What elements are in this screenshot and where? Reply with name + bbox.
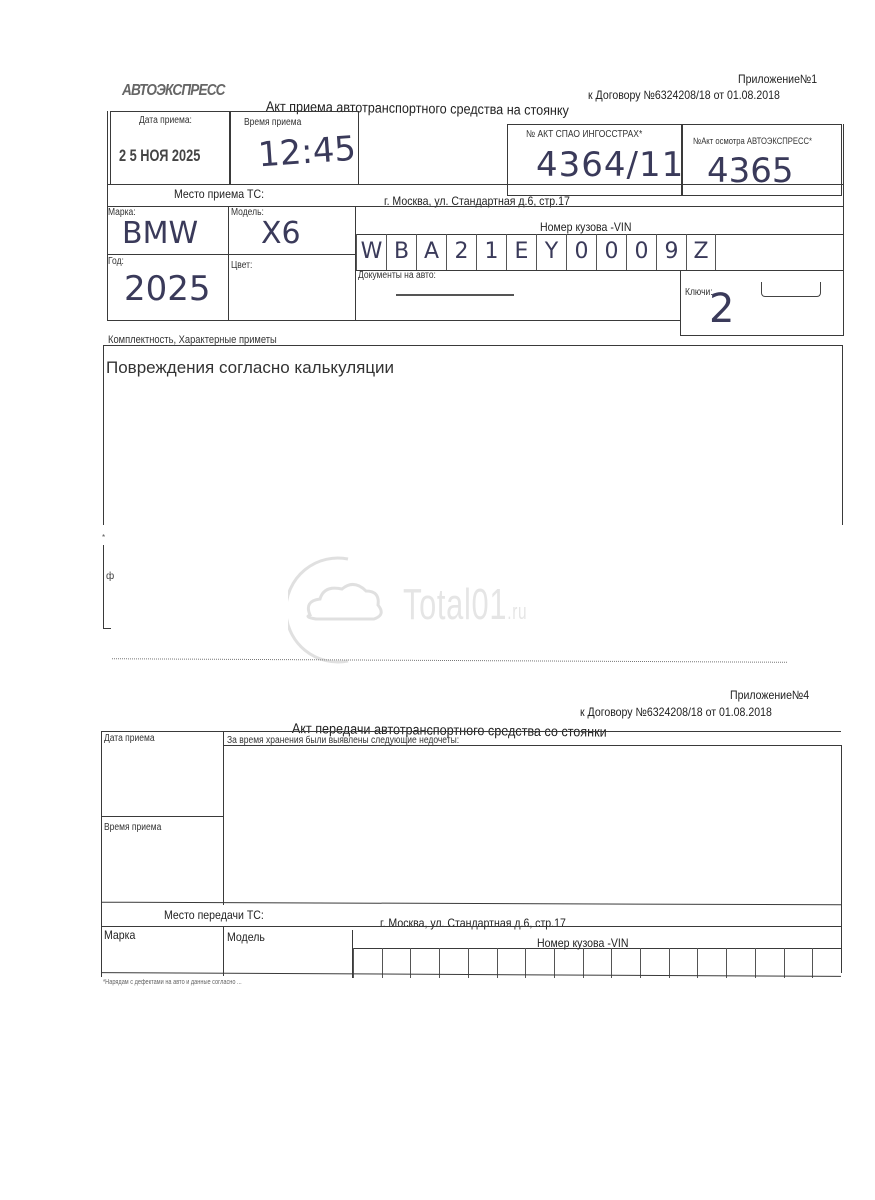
time-label: Время приема bbox=[244, 117, 301, 128]
appendix-label: Приложение№1 bbox=[738, 72, 817, 86]
act-autoexpress-label: №Акт осмотра АВТОЭКСПРЕСС* bbox=[693, 136, 812, 146]
model-value: X6 bbox=[261, 216, 301, 251]
vin-label: Номер кузова -VIN bbox=[540, 220, 631, 234]
vin-char-cell: W bbox=[356, 234, 386, 270]
vin-empty-cell bbox=[726, 948, 755, 978]
contract-reference: к Договору №6324208/18 от 01.08.2018 bbox=[588, 88, 780, 102]
model-label: Модель: bbox=[231, 207, 264, 218]
documents-cell: Документы на авто: bbox=[356, 270, 680, 320]
vin-empty-cell bbox=[583, 948, 612, 978]
vin-char-cell: 2 bbox=[446, 234, 476, 270]
date-label: Дата приема: bbox=[139, 115, 192, 126]
vin-char-cell: 9 bbox=[656, 234, 686, 270]
vin-grid: WBA21EY0009Z bbox=[356, 234, 843, 270]
watermark-text: Total01.ru bbox=[403, 580, 527, 630]
keys-bracket bbox=[761, 282, 821, 297]
vin-char-cell: 0 bbox=[626, 234, 656, 270]
handover-footnote: *Нарядам с дефектами на авто и данные со… bbox=[103, 979, 242, 986]
vin-empty-cell bbox=[697, 948, 726, 978]
documents-value-dash bbox=[396, 294, 514, 296]
act-ingos-label: № АКТ СПАО ИНГОССТРАХ* bbox=[526, 129, 642, 140]
vin-empty-cell bbox=[784, 948, 813, 978]
color-cell: Цвет: bbox=[229, 255, 355, 319]
vin-char-cell: Y bbox=[536, 234, 566, 270]
handover-model-label: Модель bbox=[227, 930, 265, 944]
keys-value: 2 bbox=[709, 286, 734, 332]
year-cell: Год: 2025 bbox=[108, 255, 228, 319]
handover-place-value: г. Москва, ул. Стандартная д.6, стр.17 bbox=[380, 916, 566, 930]
vin-char-cell: B bbox=[386, 234, 416, 270]
color-label: Цвет: bbox=[231, 260, 252, 271]
vin-empty-cell bbox=[812, 948, 841, 978]
model-cell: Модель: X6 bbox=[229, 206, 355, 254]
year-value: 2025 bbox=[124, 269, 211, 309]
vin-char-cell: 0 bbox=[596, 234, 626, 270]
vin-empty-cell bbox=[669, 948, 698, 978]
handover-date-label: Дата приема bbox=[104, 733, 155, 744]
time-value: 12:45 bbox=[257, 129, 358, 176]
make-value: BMW bbox=[122, 216, 198, 251]
handover-time-label: Время приема bbox=[104, 822, 161, 833]
remnant-glyph: ф bbox=[106, 571, 114, 582]
act-ingos-number: 4364/11 bbox=[536, 145, 684, 185]
car-cloud-icon bbox=[288, 555, 398, 665]
place-label: Место приема ТС: bbox=[174, 187, 264, 201]
vin-char-cell: E bbox=[506, 234, 536, 270]
vin-empty-cell bbox=[640, 948, 669, 978]
keys-cell: Ключи: 2 bbox=[681, 276, 843, 334]
vin-char-cell: 1 bbox=[476, 234, 506, 270]
vin-empty-cell bbox=[611, 948, 640, 978]
completeness-box: Повреждения согласно калькуляции bbox=[103, 345, 843, 525]
completeness-value: Повреждения согласно калькуляции bbox=[106, 358, 394, 378]
footnote-remnant: * bbox=[102, 533, 105, 542]
vin-char-cell: 0 bbox=[566, 234, 596, 270]
handover-place-label: Место передачи ТС: bbox=[164, 908, 264, 922]
time-cell: Время приема 12:45 bbox=[229, 111, 359, 185]
contract-reference-4: к Договору №6324208/18 от 01.08.2018 bbox=[580, 705, 772, 719]
appendix-label-4: Приложение№4 bbox=[730, 688, 809, 702]
vin-char-cell: A bbox=[416, 234, 446, 270]
documents-label: Документы на авто: bbox=[358, 270, 436, 281]
watermark: Total01.ru bbox=[288, 550, 608, 670]
year-label: Год: bbox=[108, 256, 124, 267]
handover-make-label: Марка bbox=[104, 928, 135, 942]
vin-char-cell: Z bbox=[686, 234, 716, 270]
vin-empty-cell bbox=[755, 948, 784, 978]
date-cell: Дата приема: 2 5 НОЯ 2025 bbox=[110, 111, 231, 185]
autoexpress-logo: АВТОЭКСПРЕСС bbox=[122, 82, 225, 100]
make-cell: Марка: BMW bbox=[108, 206, 228, 254]
date-stamp: 2 5 НОЯ 2025 bbox=[119, 146, 200, 166]
